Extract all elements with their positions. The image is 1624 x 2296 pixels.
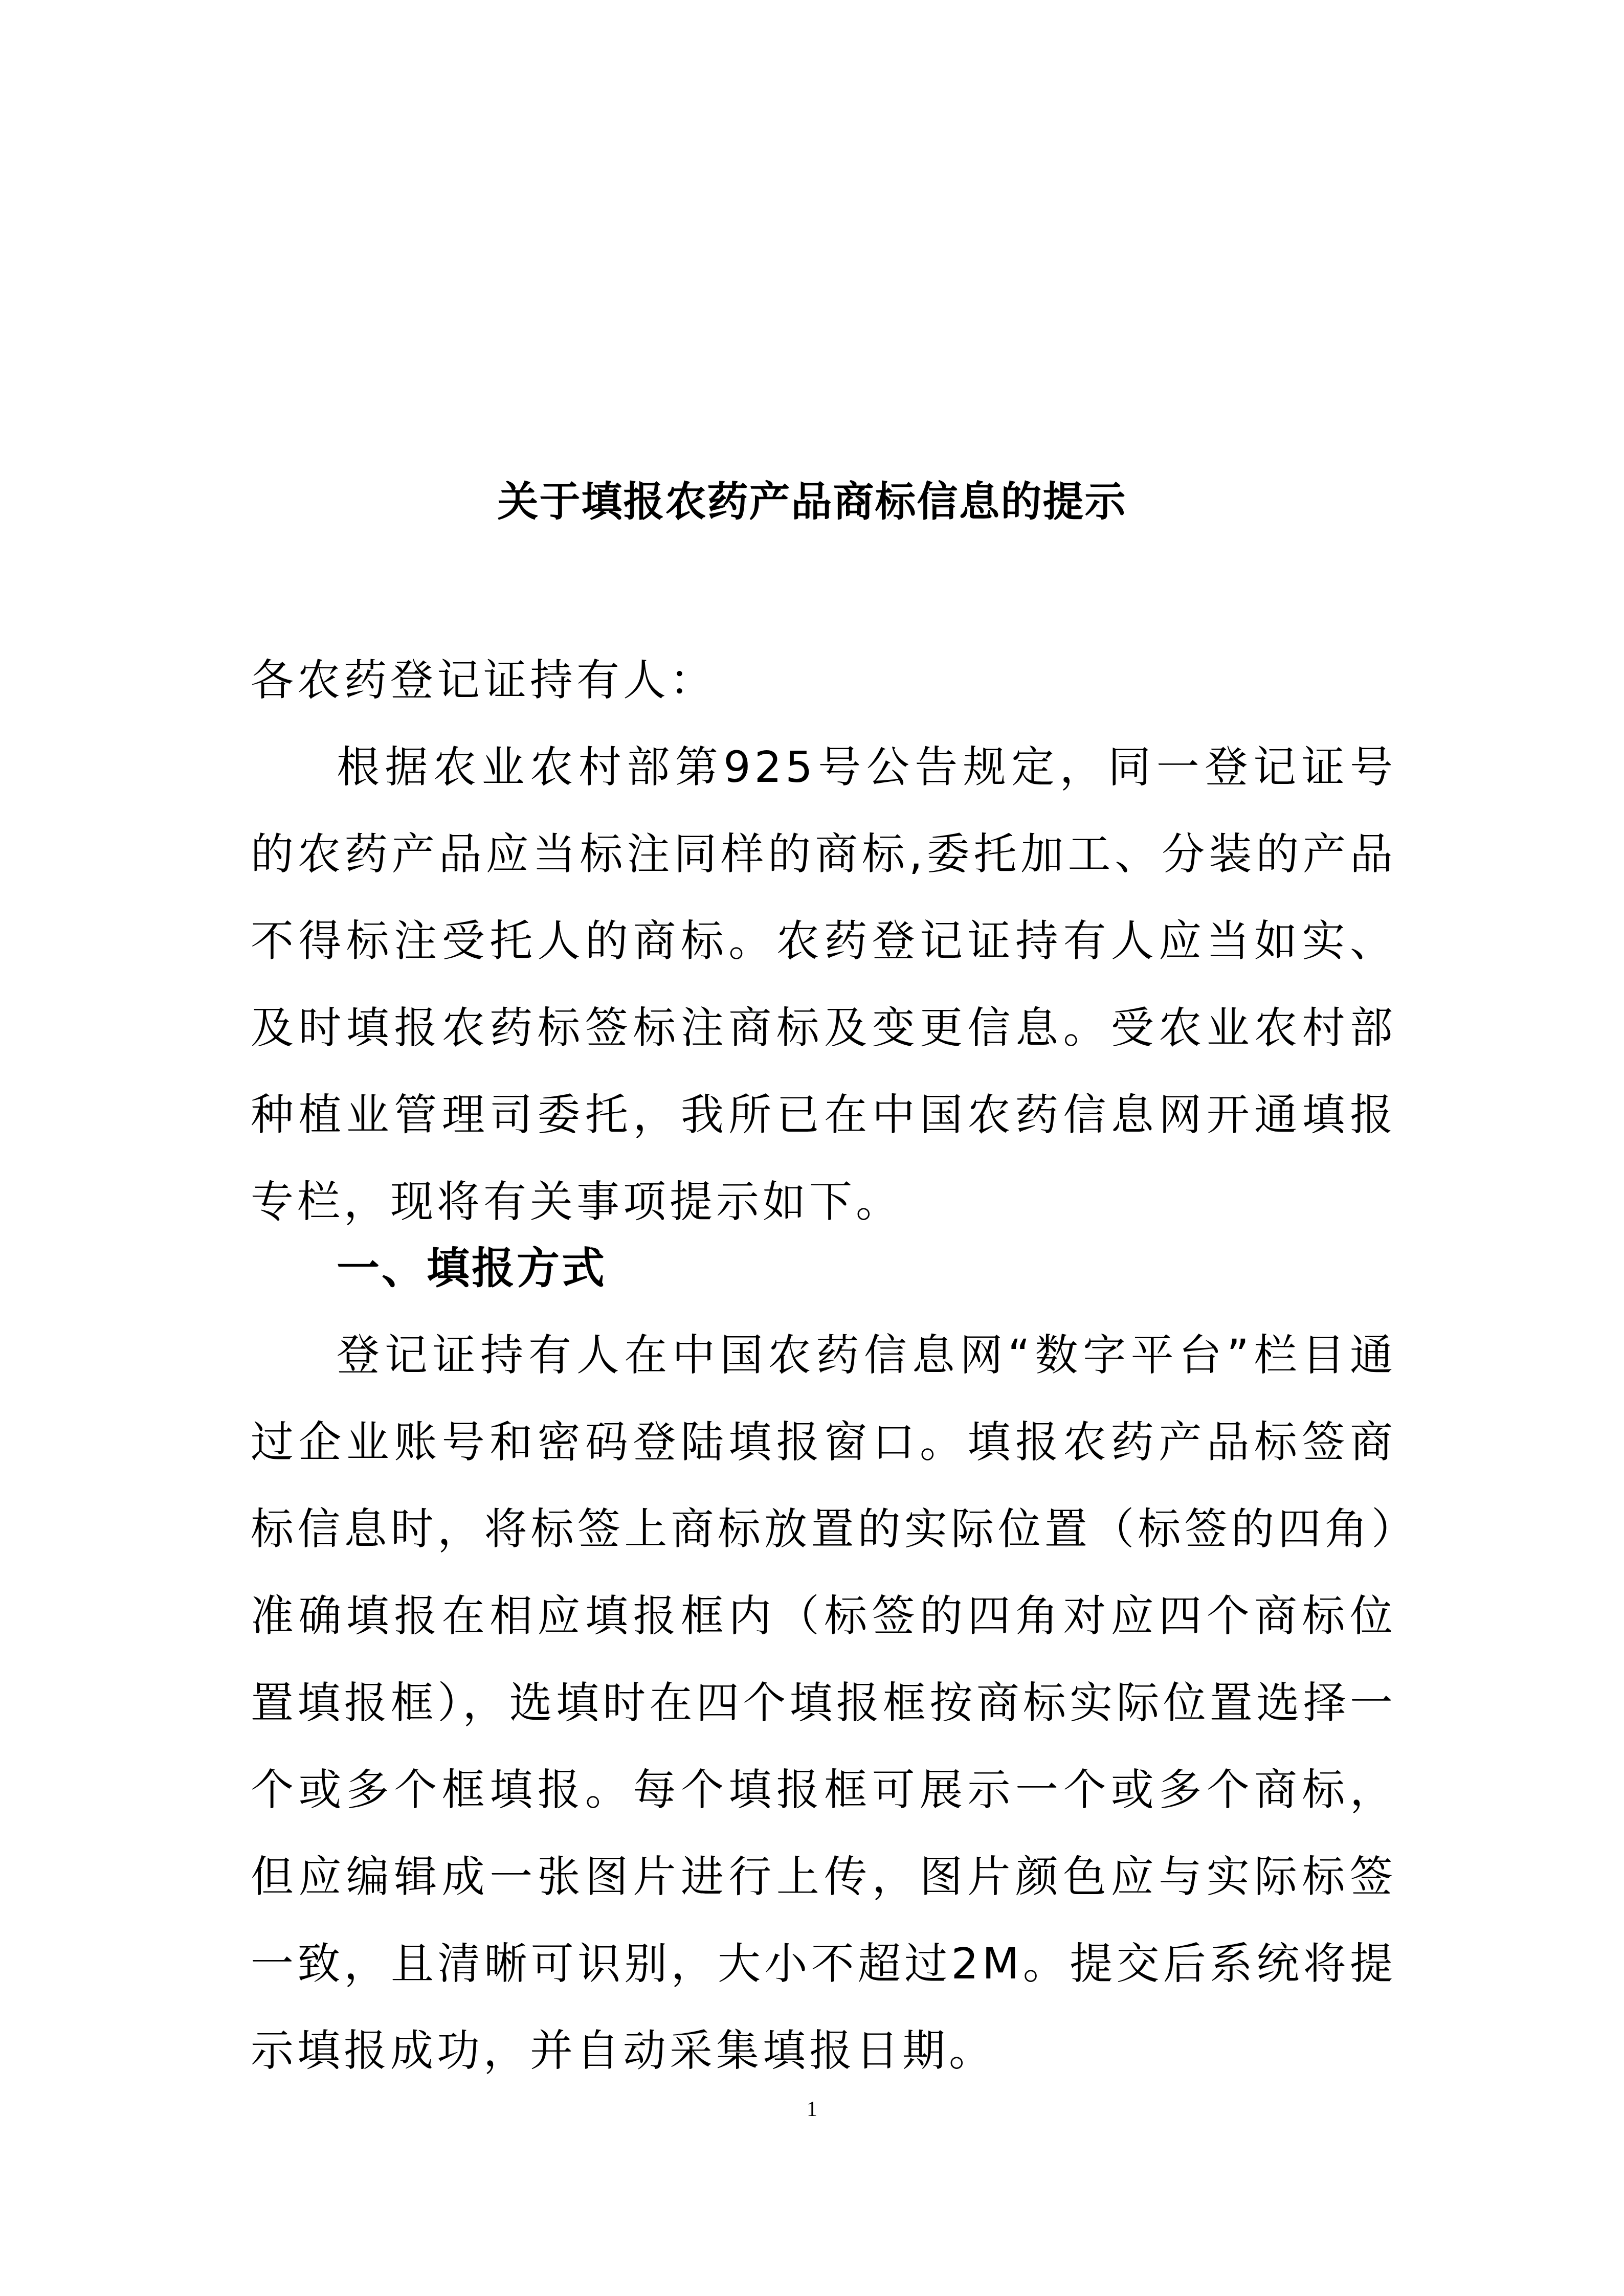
section-paragraph: 登记证持有人在中国农药信息网“数字平台”栏目通过企业账号和密码登陆填报窗口。填报… <box>251 1312 1396 2094</box>
intro-paragraph: 根据农业农村部第925号公告规定，同一登记证号的农药产品应当标注同样的商标,委托… <box>251 724 1396 1245</box>
salutation: 各农药登记证持有人： <box>251 637 1396 724</box>
document-title: 关于填报农药产品商标信息的提示 <box>0 468 1624 534</box>
section-heading: 一、填报方式 <box>251 1225 1396 1312</box>
page-number: 1 <box>0 2094 1624 2125</box>
document-page: 关于填报农药产品商标信息的提示 各农药登记证持有人： 根据农业农村部第925号公… <box>0 0 1624 2296</box>
